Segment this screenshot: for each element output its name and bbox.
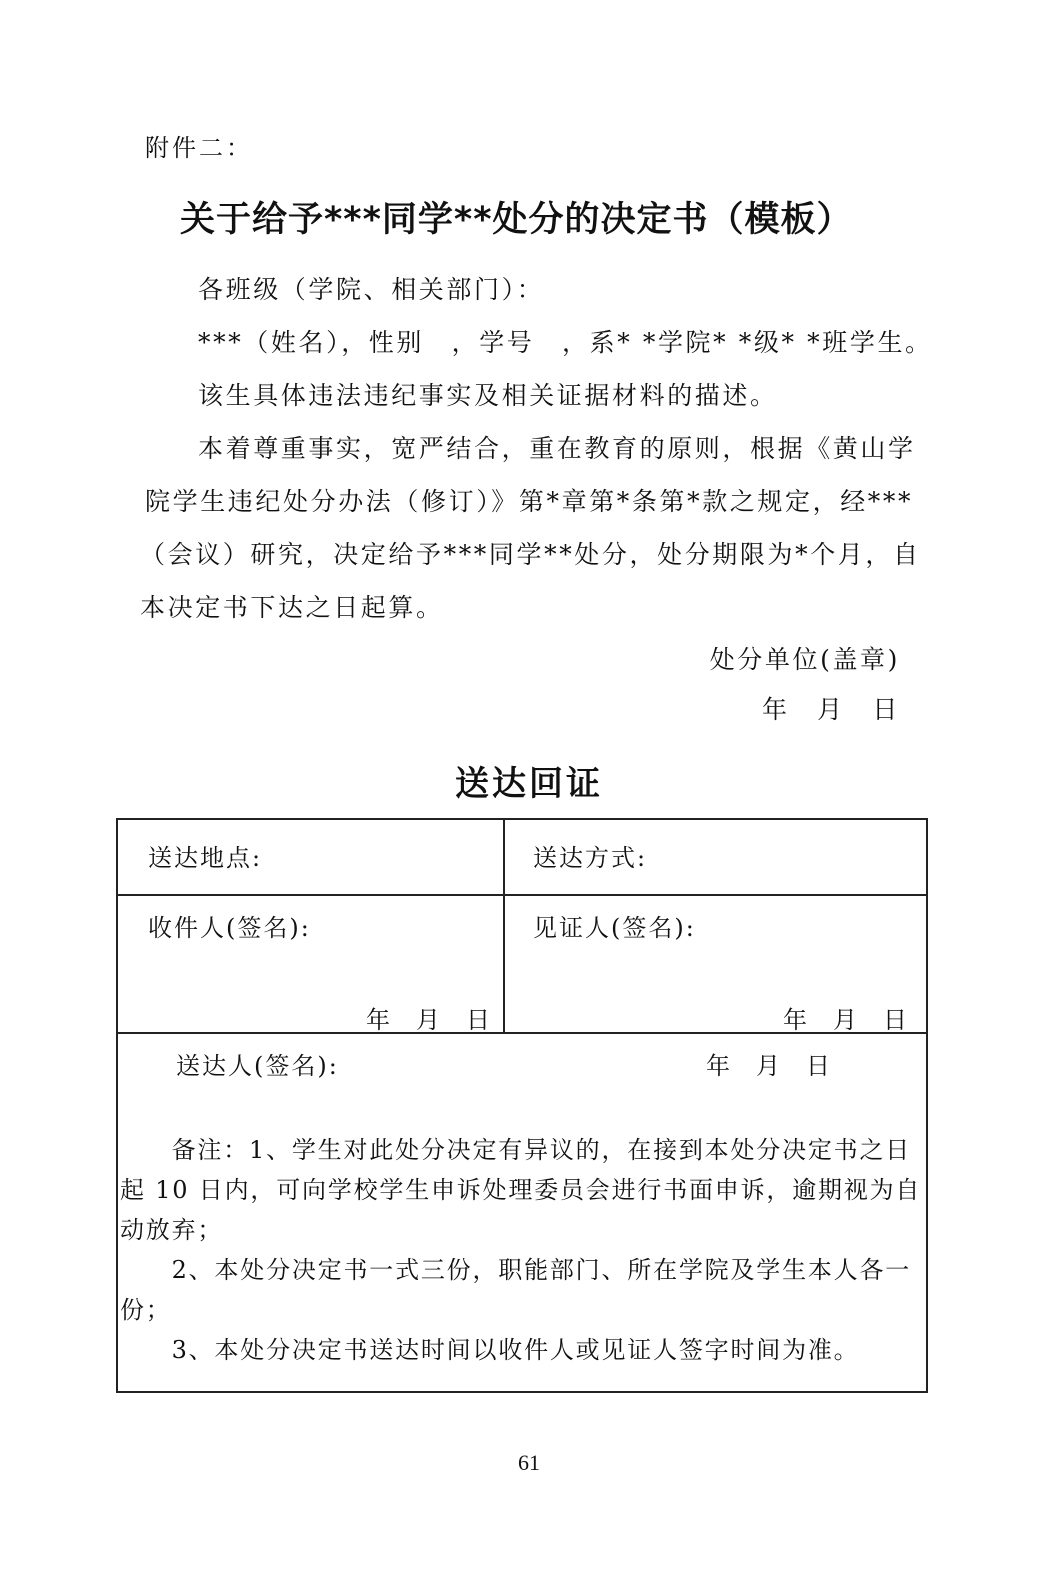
delivery-receipt-table: 送达地点: 送达方式: 收件人(签名): 年 月 日 见证人(签名): 年 月 … [116,818,928,1393]
recipient-date: 年 月 日 [366,1000,491,1035]
issuing-unit-seal: 处分单位(盖章) [710,640,900,676]
notes-section: 备注：1、学生对此处分决定有异议的，在接到本处分决定书之日起 10 日内，可向学… [120,1130,926,1370]
deliverer-and-notes-cell[interactable]: 送达人(签名): 年 月 日 备注：1、学生对此处分决定有异议的，在接到本处分决… [118,1034,926,1391]
document-title: 关于给予***同学**处分的决定书（模板） [180,192,853,242]
delivery-method-label: 送达方式: [533,838,647,873]
receipt-title: 送达回证 [0,756,1058,805]
deliverer-date: 年 月 日 [706,1046,831,1081]
decision-line-1: 本着尊重事实，宽严结合，重在教育的原则，根据《黄山学 [198,429,916,465]
page-number: 61 [0,1450,1058,1476]
witness-label: 见证人(签名): [533,908,696,943]
delivery-place-cell[interactable]: 送达地点: [118,820,503,894]
recipient-signature-cell[interactable]: 收件人(签名): 年 月 日 [118,896,503,1032]
issue-date: 年 月 日 [762,690,900,726]
salutation: 各班级（学院、相关部门）： [198,270,544,306]
decision-line-3: （会议）研究，决定给予***同学**处分，处分期限为*个月，自 [140,535,921,571]
decision-line-2: 院学生违纪处分办法（修订）》第*章第*条第*款之规定，经*** [145,482,913,518]
violation-facts: 该生具体违法违纪事实及相关证据材料的描述。 [198,376,778,412]
decision-line-4: 本决定书下达之日起算。 [140,588,444,624]
recipient-label: 收件人(签名): [148,908,311,943]
deliverer-label: 送达人(签名): [176,1046,339,1081]
note-1: 备注：1、学生对此处分决定有异议的，在接到本处分决定书之日起 10 日内，可向学… [120,1130,926,1250]
note-3: 3、本处分决定书送达时间以收件人或见证人签字时间为准。 [120,1330,926,1370]
attachment-label: 附件二： [145,128,253,163]
student-info: ***（姓名），性别 ，学号 ，系* *学院* *级* *班学生。 [198,323,933,359]
note-2: 2、本处分决定书一式三份，职能部门、所在学院及学生本人各一份； [120,1250,926,1330]
witness-signature-cell[interactable]: 见证人(签名): 年 月 日 [505,896,926,1032]
witness-date: 年 月 日 [783,1000,908,1035]
delivery-method-cell[interactable]: 送达方式: [505,820,926,894]
delivery-place-label: 送达地点: [148,838,262,873]
